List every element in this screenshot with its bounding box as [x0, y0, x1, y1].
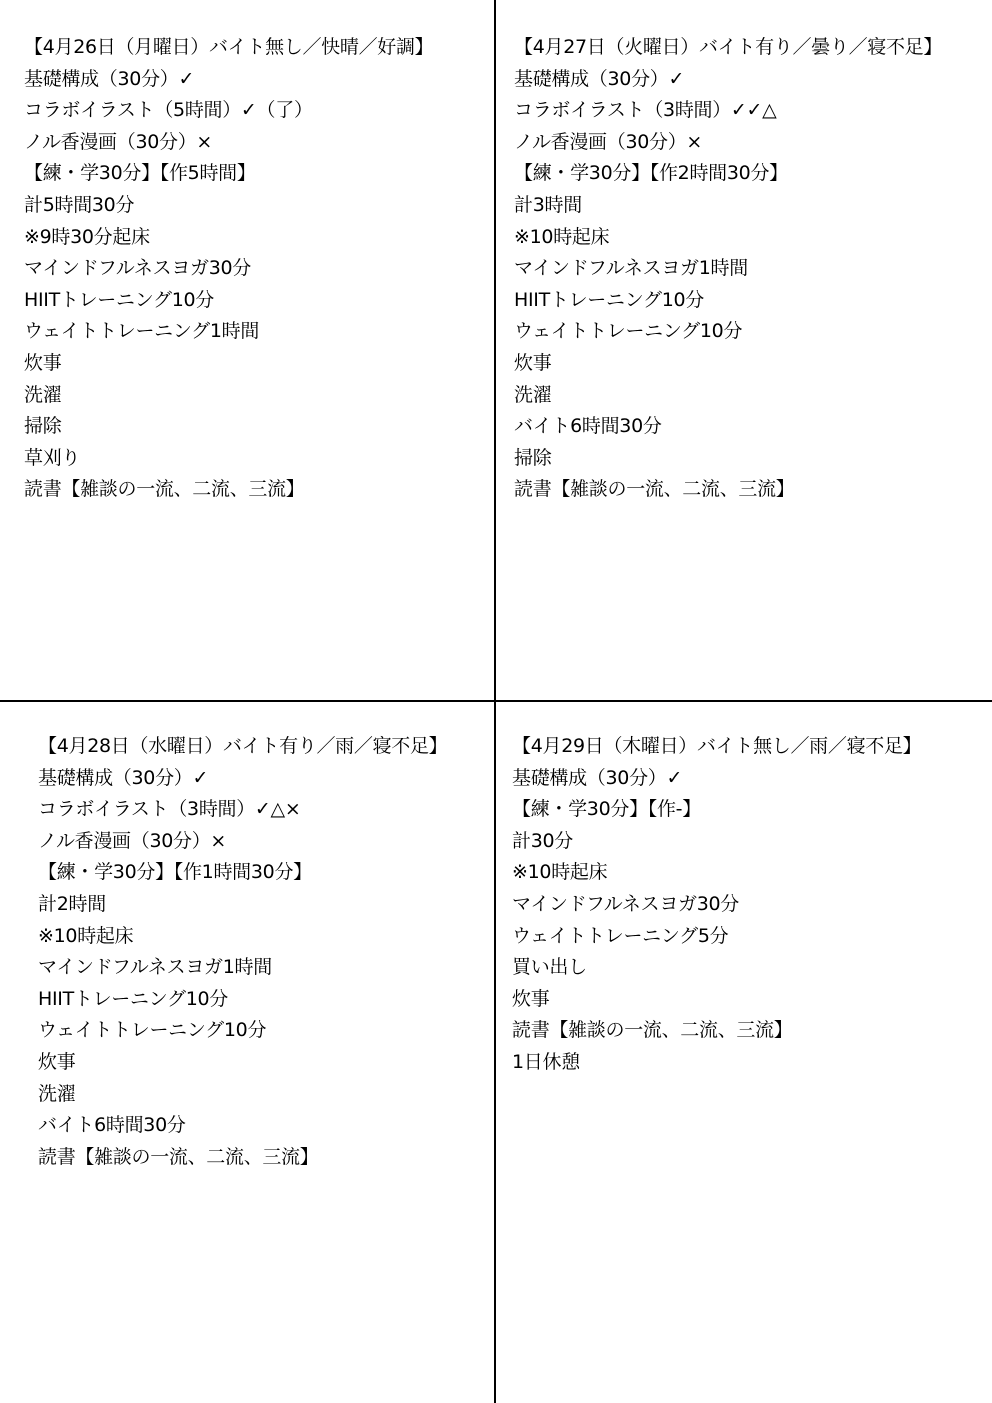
entry-line: 読書【雑談の一流、二流、三流】 [24, 474, 433, 506]
entry-line: 炊事 [24, 348, 433, 380]
entry-line: ノル香漫画（30分）× [24, 127, 433, 159]
entry-header: 【4月26日（月曜日）バイト無し／快晴／好調】 [24, 32, 433, 64]
entry-line: 計2時間 [38, 889, 447, 921]
entry-line: マインドフルネスヨガ30分 [512, 889, 921, 921]
entry-header: 【4月28日（水曜日）バイト有り／雨／寝不足】 [38, 731, 447, 763]
entry-line: バイト6時間30分 [514, 411, 942, 443]
entry-line: ※10時起床 [514, 222, 942, 254]
entry-line: 計30分 [512, 826, 921, 858]
entry-line: ノル香漫画（30分）× [38, 826, 447, 858]
entry-line: マインドフルネスヨガ1時間 [514, 253, 942, 285]
entry-line: ウェイトトレーニング10分 [514, 316, 942, 348]
entry-line: 基礎構成（30分）✓ [38, 763, 447, 795]
entry-line: ※10時起床 [512, 857, 921, 889]
entry-line: 【練・学30分】【作1時間30分】 [38, 857, 447, 889]
entry-line: 読書【雑談の一流、二流、三流】 [512, 1015, 921, 1047]
horizontal-divider [0, 700, 992, 702]
entry-line: バイト6時間30分 [38, 1110, 447, 1142]
entry-line: 草刈り [24, 443, 433, 475]
entry-line: 計3時間 [514, 190, 942, 222]
entry-line: 炊事 [512, 984, 921, 1016]
entry-line: ウェイトトレーニング5分 [512, 921, 921, 953]
day-entry-apr27: 【4月27日（火曜日）バイト有り／曇り／寝不足】 基礎構成（30分）✓ コラボイ… [514, 32, 942, 506]
entry-line: 【練・学30分】【作2時間30分】 [514, 158, 942, 190]
entry-line: HIITトレーニング10分 [38, 984, 447, 1016]
entry-line: 基礎構成（30分）✓ [24, 64, 433, 96]
entry-line: 洗濯 [514, 380, 942, 412]
entry-line: コラボイラスト（3時間）✓△× [38, 794, 447, 826]
entry-line: コラボイラスト（3時間）✓✓△ [514, 95, 942, 127]
entry-header: 【4月27日（火曜日）バイト有り／曇り／寝不足】 [514, 32, 942, 64]
entry-line: マインドフルネスヨガ1時間 [38, 952, 447, 984]
entry-line: ウェイトトレーニング10分 [38, 1015, 447, 1047]
entry-line: ※9時30分起床 [24, 222, 433, 254]
entry-line: 読書【雑談の一流、二流、三流】 [38, 1142, 447, 1174]
day-entry-apr26: 【4月26日（月曜日）バイト無し／快晴／好調】 基礎構成（30分）✓ コラボイラ… [24, 32, 433, 506]
entry-line: 【練・学30分】【作5時間】 [24, 158, 433, 190]
entry-line: ウェイトトレーニング1時間 [24, 316, 433, 348]
entry-line: HIITトレーニング10分 [24, 285, 433, 317]
entry-line: マインドフルネスヨガ30分 [24, 253, 433, 285]
entry-line: 基礎構成（30分）✓ [512, 763, 921, 795]
entry-line: 計5時間30分 [24, 190, 433, 222]
entry-line: 基礎構成（30分）✓ [514, 64, 942, 96]
entry-line: 1日休憩 [512, 1047, 921, 1079]
entry-line: 炊事 [514, 348, 942, 380]
entry-line: 掃除 [514, 443, 942, 475]
entry-line: 掃除 [24, 411, 433, 443]
entry-line: 買い出し [512, 952, 921, 984]
entry-line: 【練・学30分】【作-】 [512, 794, 921, 826]
entry-line: 読書【雑談の一流、二流、三流】 [514, 474, 942, 506]
entry-line: HIITトレーニング10分 [514, 285, 942, 317]
entry-header: 【4月29日（木曜日）バイト無し／雨／寝不足】 [512, 731, 921, 763]
entry-line: ノル香漫画（30分）× [514, 127, 942, 159]
day-entry-apr28: 【4月28日（水曜日）バイト有り／雨／寝不足】 基礎構成（30分）✓ コラボイラ… [38, 731, 447, 1173]
day-entry-apr29: 【4月29日（木曜日）バイト無し／雨／寝不足】 基礎構成（30分）✓ 【練・学3… [512, 731, 921, 1079]
entry-line: 炊事 [38, 1047, 447, 1079]
entry-line: ※10時起床 [38, 921, 447, 953]
entry-line: 洗濯 [24, 380, 433, 412]
entry-line: コラボイラスト（5時間）✓（了） [24, 95, 433, 127]
entry-line: 洗濯 [38, 1079, 447, 1111]
